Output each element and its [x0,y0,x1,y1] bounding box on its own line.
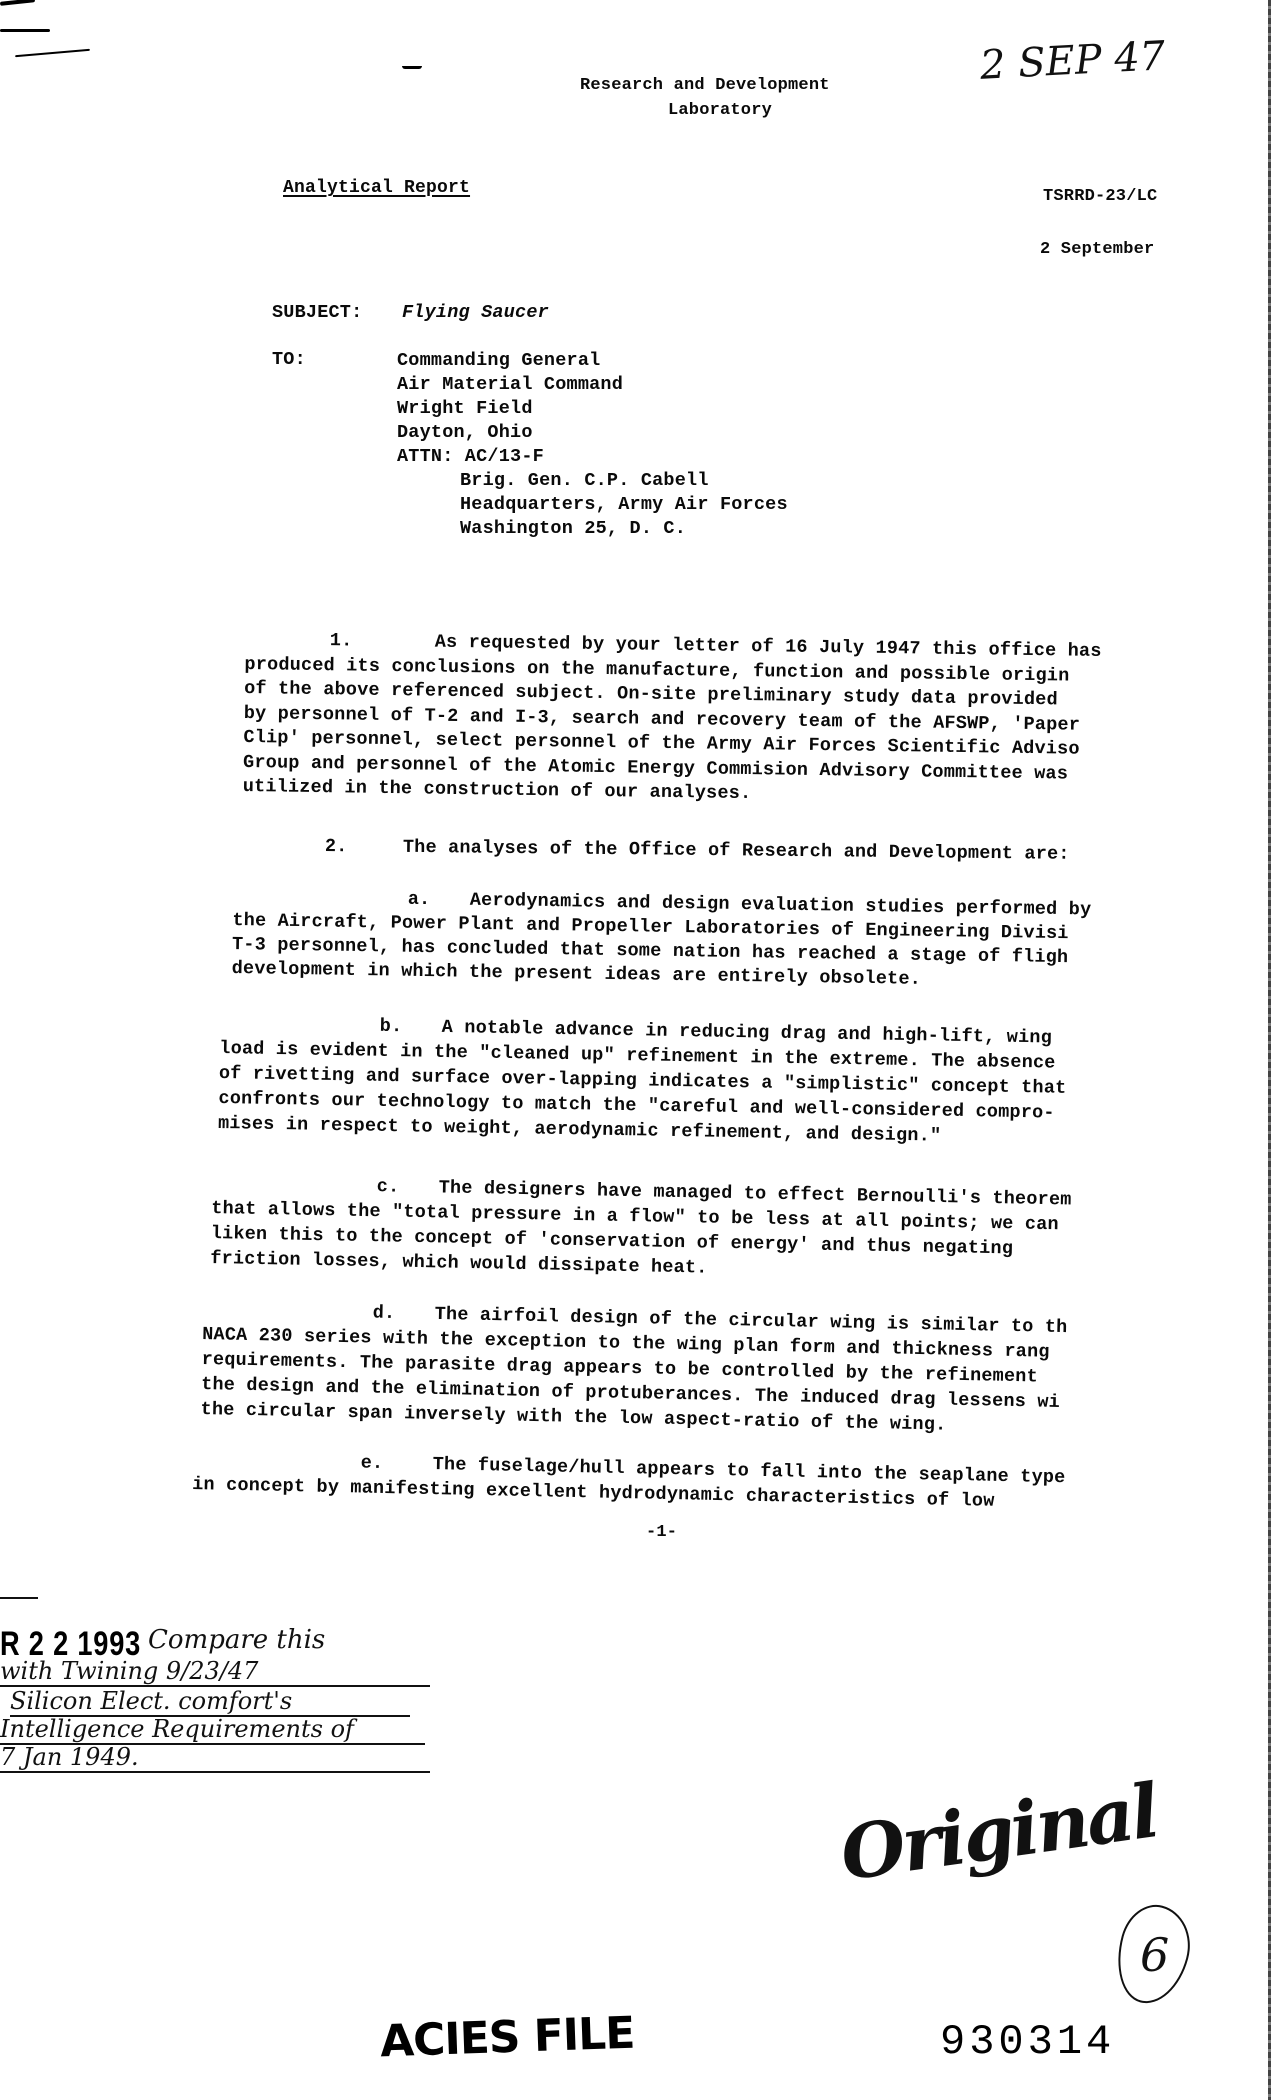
org-name-line1: Research and Development [580,76,830,95]
note-line: Compare this [148,1625,325,1655]
page-number: -1- [646,1523,677,1542]
paragraph-2b: b.A notable advance in reducing drag and… [218,1011,1068,1151]
paragraph-2c: c.The designers have managed to effect B… [210,1171,1072,1287]
subject-value: Flying Saucer [402,302,549,323]
recipient-block: Commanding General Air Material Command … [397,349,623,469]
recipient-line: Air Material Command [397,373,623,397]
attention-line: Washington 25, D. C. [460,517,788,541]
attention-block: Brig. Gen. C.P. Cabell Headquarters, Arm… [460,469,788,541]
stamp-rule [0,1771,420,1773]
subparagraph-letter: e. [360,1451,433,1478]
subparagraph-letter: b. [380,1014,442,1040]
paragraph-number: 2. [325,836,403,858]
subparagraph-letter: d. [372,1301,435,1327]
circled-number: 6 [1140,1928,1169,1982]
reference-code: TSRRD-23/LC [1043,187,1157,206]
paragraph-2d: d.The airfoil design of the circular win… [200,1297,1067,1440]
note-line: Intelligence Requirements of [0,1715,425,1745]
recipient-line: ATTN: AC/13-F [397,445,623,469]
note-line: 7 Jan 1949. [0,1743,430,1773]
note-line: with Twining 9/23/47 [0,1657,430,1687]
paragraph-number: 1. [330,629,435,655]
subject-label: SUBJECT: [272,302,362,323]
subparagraph-letter: a. [408,888,470,913]
file-label: ACIES FILE [379,2008,635,2068]
paragraph-1: 1.As requested by your letter of 16 July… [243,628,1102,811]
attention-line: Headquarters, Army Air Forces [460,493,788,517]
recipient-line: Wright Field [397,397,623,421]
paragraph-2: 2.The analyses of the Office of Research… [325,836,1070,865]
attention-line: Brig. Gen. C.P. Cabell [460,469,788,493]
scan-mark [402,66,422,69]
scan-mark [15,49,90,58]
scan-mark [0,0,35,6]
org-name-line2: Laboratory [668,101,772,120]
document-title: Analytical Report [283,178,470,198]
paragraph-2a: a.Aerodynamics and design evaluation stu… [231,885,1091,994]
document-date: 2 September [1040,240,1154,259]
paragraph-2e: e.The fuselage/hull appears to fall into… [192,1447,1066,1515]
subparagraph-letter: c. [376,1174,438,1200]
recipient-line: Dayton, Ohio [397,421,623,445]
scan-mark [0,29,50,32]
stamp-rule [0,1597,38,1599]
scan-edge-border [1268,0,1271,2100]
to-label: TO: [272,349,306,370]
note-line: Silicon Elect. comfort's [10,1687,410,1717]
signature: Original [836,1768,1162,1897]
handwritten-date: 2 SEP 47 [979,33,1166,89]
serial-number: 930314 [940,2018,1115,2066]
recipient-line: Commanding General [397,349,623,373]
